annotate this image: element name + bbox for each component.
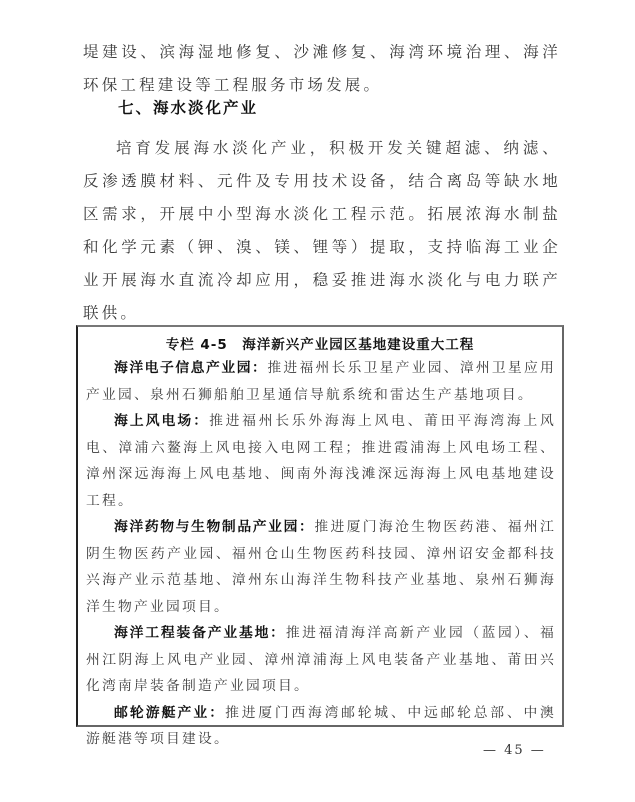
feature-box: 专栏 4-5 海洋新兴产业园区基地建设重大工程 海洋电子信息产业园：推进福州长乐…: [76, 325, 564, 727]
item-label: 海洋工程装备产业基地：: [114, 625, 286, 641]
page-number: — 45 —: [483, 743, 546, 758]
box-item-wind: 海上风电场：推进福州长乐外海海上风电、莆田平海湾海上风电、漳浦六鳌海上风电接入电…: [86, 408, 556, 514]
paragraph-desalination: 培育发展海水淡化产业，积极开发关键超滤、纳滤、反渗透膜材料、元件及专用技术设备，…: [83, 132, 561, 330]
item-label: 海洋药物与生物制品产业园：: [114, 519, 314, 535]
section-heading: 七、海水淡化产业: [118, 96, 258, 118]
item-label: 海上风电场：: [114, 413, 209, 429]
paragraph-continuation: 堤建设、滨海湿地修复、沙滩修复、海湾环境治理、海洋环保工程建设等工程服务市场发展…: [83, 36, 561, 102]
box-body: 海洋电子信息产业园：推进福州长乐卫星产业园、漳州卫星应用产业园、泉州石狮船舶卫星…: [86, 355, 556, 753]
box-item-electronics: 海洋电子信息产业园：推进福州长乐卫星产业园、漳州卫星应用产业园、泉州石狮船舶卫星…: [86, 355, 556, 408]
box-title: 专栏 4-5 海洋新兴产业园区基地建设重大工程: [78, 333, 562, 353]
item-label: 海洋电子信息产业园：: [114, 360, 267, 376]
box-item-engineering: 海洋工程装备产业基地：推进福清海洋高新产业园（蓝园）、福州江阴海上风电产业园、漳…: [86, 620, 556, 700]
item-label: 邮轮游艇产业：: [114, 705, 225, 721]
document-page: 堤建设、滨海湿地修复、沙滩修复、海湾环境治理、海洋环保工程建设等工程服务市场发展…: [0, 0, 635, 802]
box-item-pharma: 海洋药物与生物制品产业园：推进厦门海沧生物医药港、福州江阴生物医药产业园、福州仓…: [86, 514, 556, 620]
